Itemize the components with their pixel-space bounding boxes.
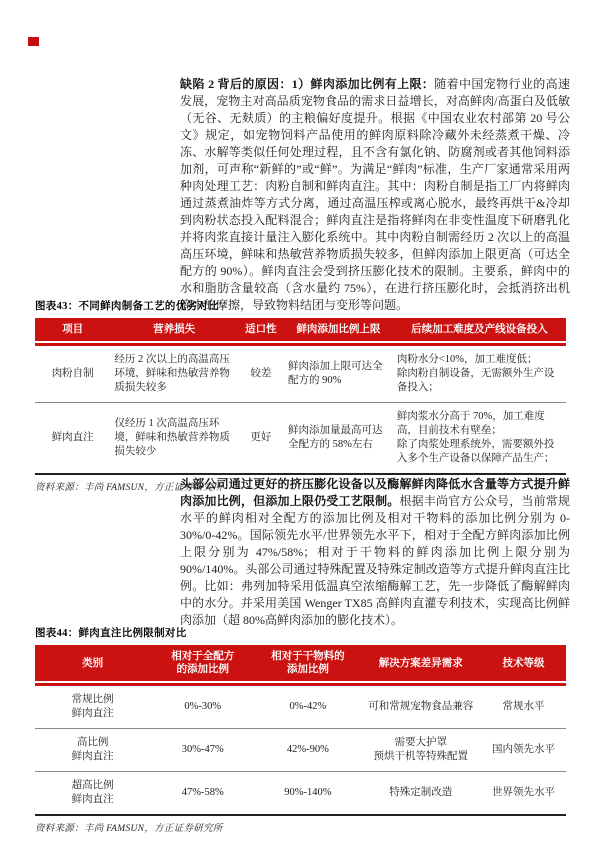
table-row: 肉粉自制 经历 2 次以上的高温高压环境，鲜味和热敏营养物质损失较多 较差 鲜肉… xyxy=(35,346,566,402)
table-cell: 更好 xyxy=(238,429,284,447)
table-cell: 鲜肉添加量最高可达全配方的 58%左右 xyxy=(284,422,393,454)
table-cell: 特殊定制改造 xyxy=(360,784,481,802)
paragraph1-body: 随着中国宠物行业的高速发展，宠物主对高品质宠物食品的需求日益增长，对高鲜肉/高蛋… xyxy=(180,77,570,312)
table-header-cell: 技术等级 xyxy=(481,656,566,671)
figure-43-table-header-row: 项目 营养损失 适口性 鲜肉添加比例上限 后续加工难度及产线设备投入 xyxy=(35,318,566,341)
table-cell: 需要大护罩 预烘干机等特殊配置 xyxy=(360,734,481,766)
table-cell: 经历 2 次以上的高温高压环境，鲜味和热敏营养物质损失较多 xyxy=(110,351,237,397)
table-header-cell: 鲜肉添加比例上限 xyxy=(284,322,393,337)
paragraph1-lead: 缺陷 2 背后的原因：1）鲜肉添加比例有上限： xyxy=(180,77,434,91)
table-header-cell: 项目 xyxy=(35,322,110,337)
table-row: 常规比例 鲜肉直注 0%-30% 0%-42% 可和常规宠物食品兼容 常规水平 xyxy=(35,686,566,728)
table-cell: 超高比例 鲜肉直注 xyxy=(35,777,150,809)
table-cell: 鲜肉浆水分高于 70%，加工难度高，目前技术有壁垒； 除了肉浆处理系统外，需要额… xyxy=(393,408,566,468)
figure-44-table: 类别 相对于全配方 的添加比例 相对于干物料的 添加比例 解决方案差异需求 技术… xyxy=(35,645,566,816)
table-cell: 0%-42% xyxy=(255,698,360,716)
table-cell: 0%-30% xyxy=(150,698,255,716)
table-header-cell: 解决方案差异需求 xyxy=(360,656,481,671)
table-cell: 常规水平 xyxy=(481,698,566,716)
figure-44-source: 资料来源：丰尚 FAMSUN，方正证券研究所 xyxy=(35,820,566,834)
table-cell: 90%-140% xyxy=(255,784,360,802)
paragraph2-body: 根据丰尚官方公众号，当前常规水平的鲜肉相对全配方的添加比例及相对干物料的添加比例… xyxy=(180,494,570,627)
figure-43-table-body: 肉粉自制 经历 2 次以上的高温高压环境，鲜味和热敏营养物质损失较多 较差 鲜肉… xyxy=(35,346,566,475)
table-row: 超高比例 鲜肉直注 47%-58% 90%-140% 特殊定制改造 世界领先水平 xyxy=(35,771,566,814)
table-row: 鲜肉直注 仅经历 1 次高温高压环境，鲜味和热敏营养物质损失较少 更好 鲜肉添加… xyxy=(35,402,566,473)
table-header-cell: 相对于干物料的 添加比例 xyxy=(255,649,360,677)
table-cell: 肉粉水分<10%，加工难度低； 除肉粉自制设备，无需额外生产设备投入； xyxy=(393,351,566,397)
figure-43: 图表43：不同鲜肉制备工艺的优劣对比 项目 营养损失 适口性 鲜肉添加比例上限 … xyxy=(35,298,566,493)
figure-44-caption: 图表44：鲜肉直注比例限制对比 xyxy=(35,625,566,640)
table-cell: 30%-47% xyxy=(150,741,255,759)
table-row: 高比例 鲜肉直注 30%-47% 42%-90% 需要大护罩 预烘干机等特殊配置… xyxy=(35,728,566,771)
page-corner-marker xyxy=(28,37,39,46)
table-cell: 鲜肉直注 xyxy=(35,429,110,447)
table-cell: 42%-90% xyxy=(255,741,360,759)
table-cell: 仅经历 1 次高温高压环境，鲜味和热敏营养物质损失较少 xyxy=(110,415,237,461)
report-page: 缺陷 2 背后的原因：1）鲜肉添加比例有上限：随着中国宠物行业的高速发展，宠物主… xyxy=(0,0,600,847)
table-cell: 国内领先水平 xyxy=(481,741,566,759)
table-cell: 肉粉自制 xyxy=(35,365,110,383)
table-header-cell: 相对于全配方 的添加比例 xyxy=(150,649,255,677)
paragraph-fresh-meat-limit: 缺陷 2 背后的原因：1）鲜肉添加比例有上限：随着中国宠物行业的高速发展，宠物主… xyxy=(180,76,570,314)
table-cell: 可和常规宠物食品兼容 xyxy=(360,698,481,716)
figure-44: 图表44：鲜肉直注比例限制对比 类别 相对于全配方 的添加比例 相对于干物料的 … xyxy=(35,625,566,834)
figure-44-table-body: 常规比例 鲜肉直注 0%-30% 0%-42% 可和常规宠物食品兼容 常规水平 … xyxy=(35,686,566,816)
table-cell: 较差 xyxy=(238,365,284,383)
table-cell: 世界领先水平 xyxy=(481,784,566,802)
table-header-cell: 类别 xyxy=(35,656,150,671)
table-header-cell: 适口性 xyxy=(238,322,284,337)
paragraph-injection-limit: 头部公司通过更好的挤压膨化设备以及酶解鲜肉降低水含量等方式提升鲜肉添加比例，但添… xyxy=(180,476,570,629)
table-header-cell: 后续加工难度及产线设备投入 xyxy=(393,322,566,337)
table-cell: 47%-58% xyxy=(150,784,255,802)
table-header-cell: 营养损失 xyxy=(110,322,237,337)
figure-43-caption: 图表43：不同鲜肉制备工艺的优劣对比 xyxy=(35,298,566,313)
figure-43-table: 项目 营养损失 适口性 鲜肉添加比例上限 后续加工难度及产线设备投入 肉粉自制 … xyxy=(35,318,566,475)
figure-44-table-header-row: 类别 相对于全配方 的添加比例 相对于干物料的 添加比例 解决方案差异需求 技术… xyxy=(35,645,566,681)
table-cell: 鲜肉添加上限可达全配方的 90% xyxy=(284,358,393,390)
table-cell: 常规比例 鲜肉直注 xyxy=(35,691,150,723)
table-cell: 高比例 鲜肉直注 xyxy=(35,734,150,766)
